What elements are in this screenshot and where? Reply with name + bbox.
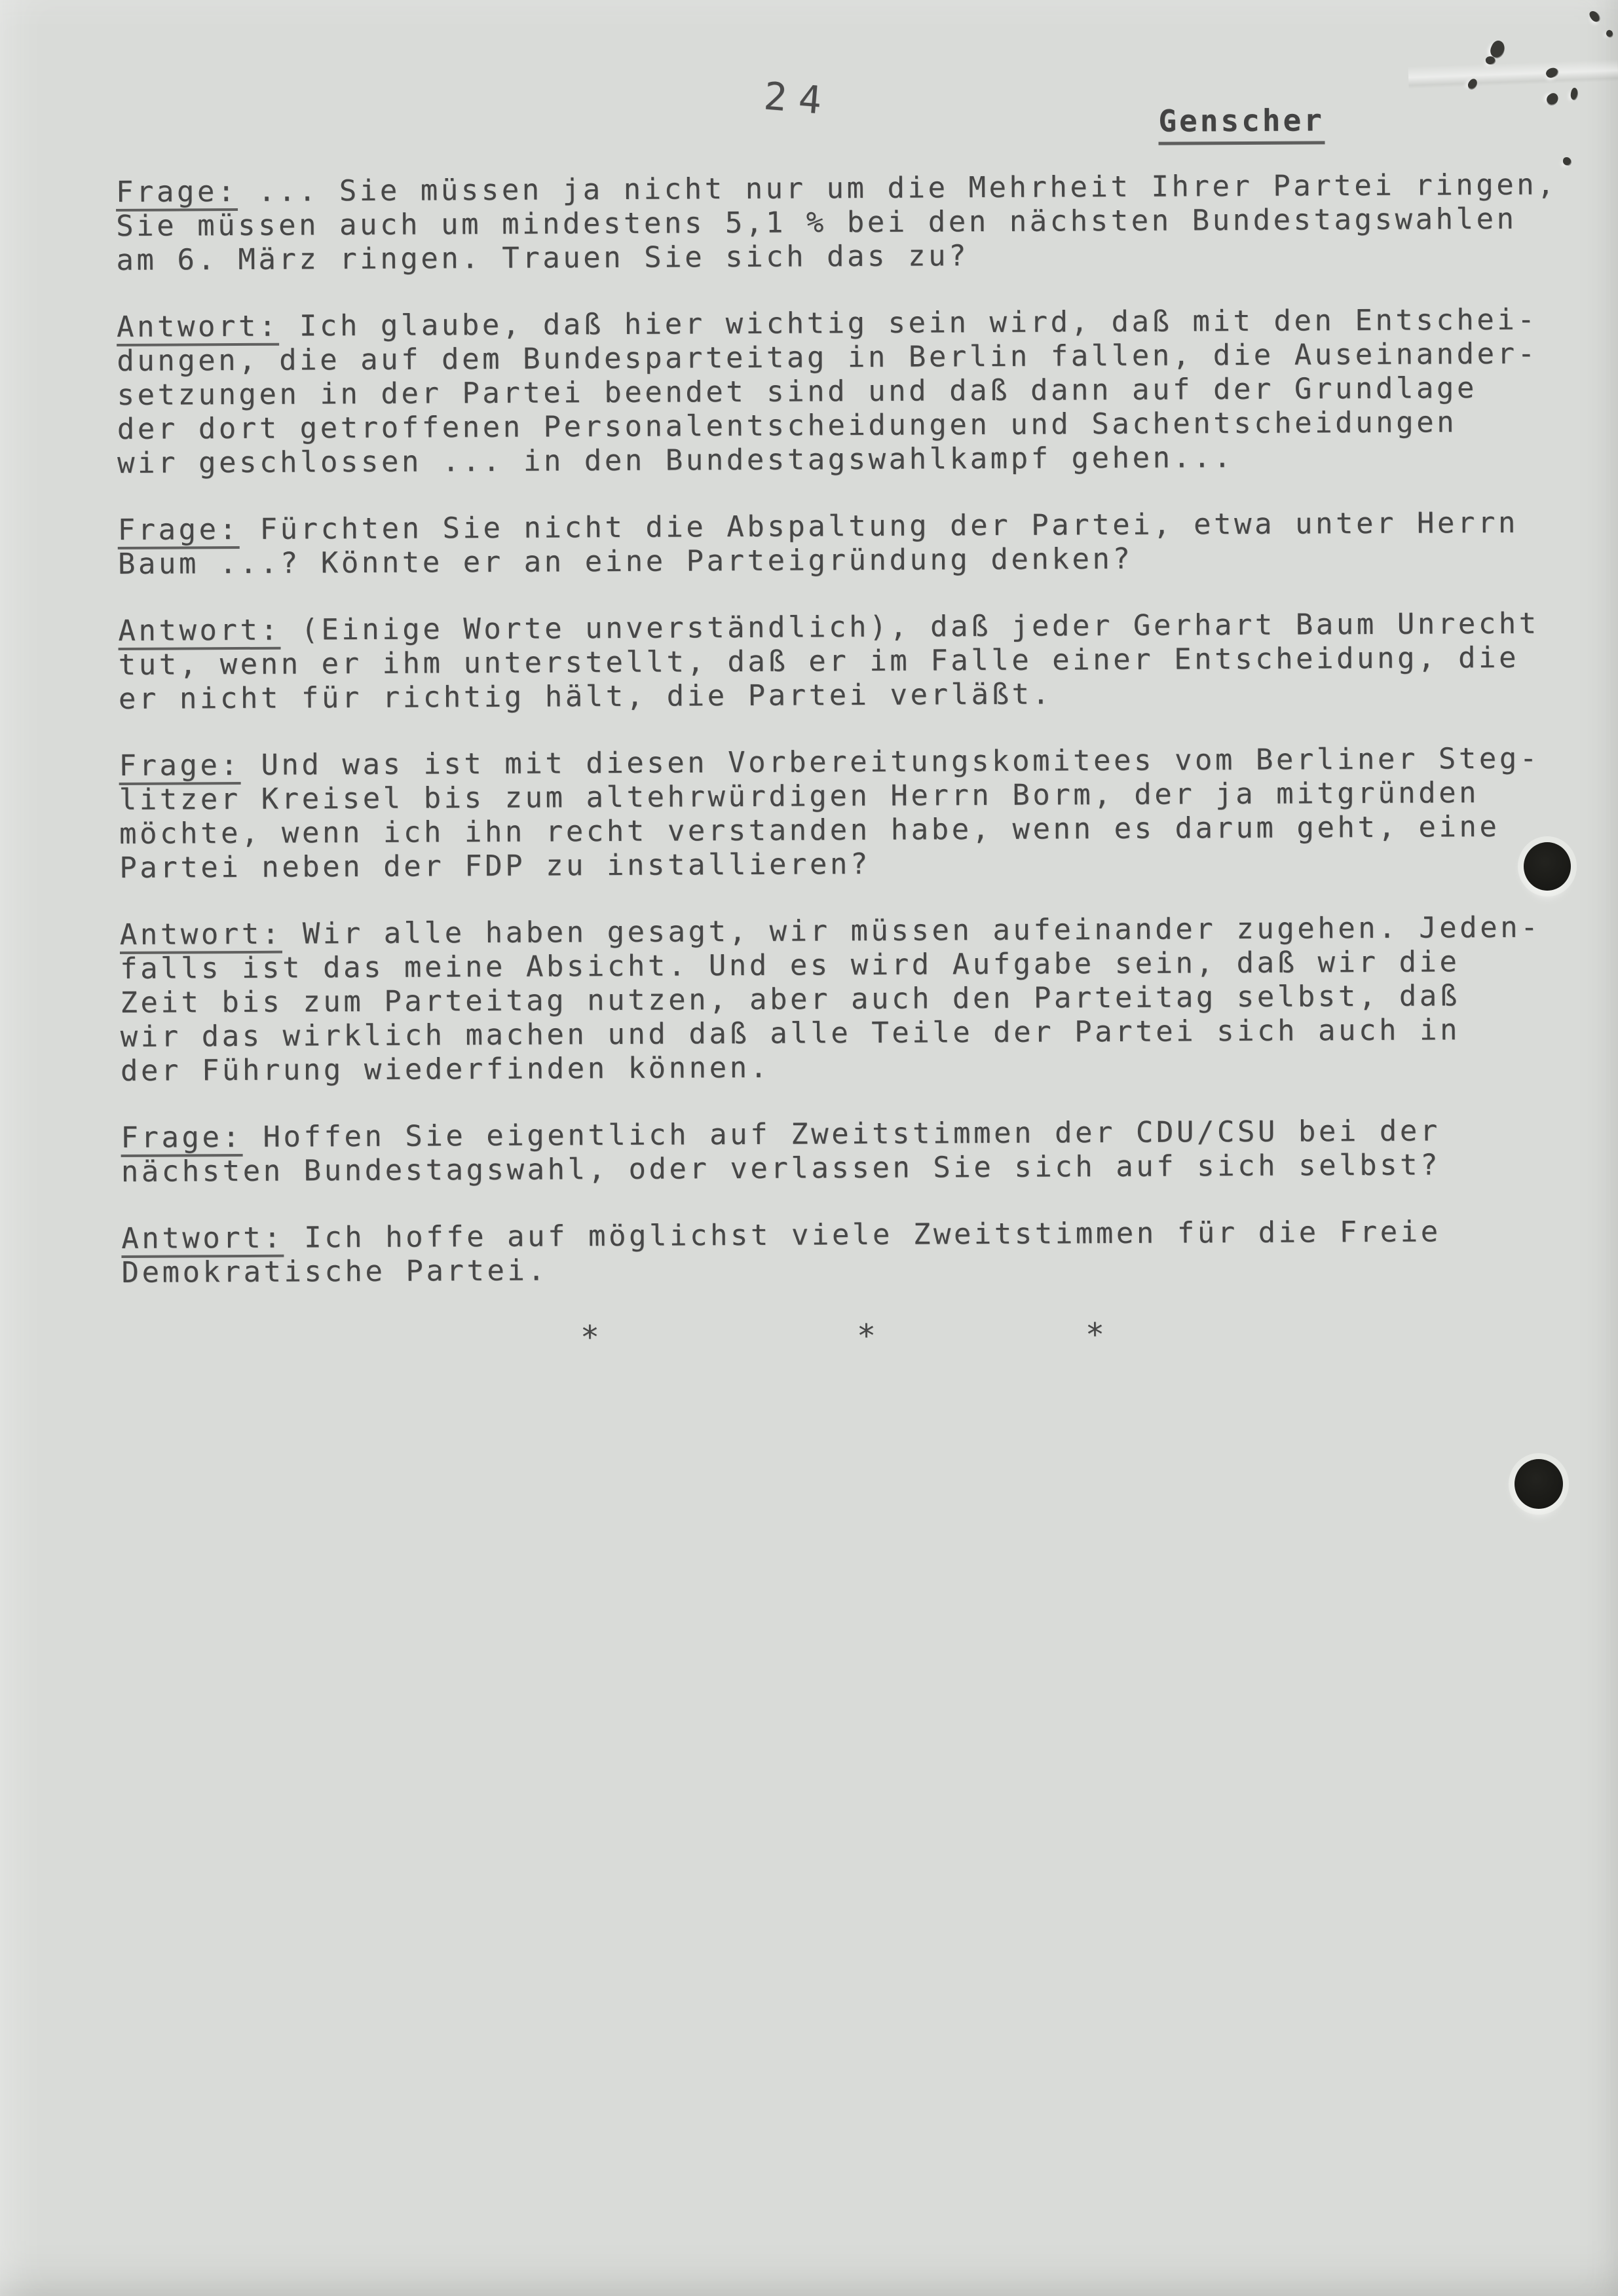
asterisk: *	[857, 1319, 879, 1353]
staple-mark	[1606, 29, 1614, 38]
qa-6-antwort: Antwort: Wir alle haben gesagt, wir müss…	[120, 910, 1588, 1088]
qa-text: Und was ist mit diesen Vorbereitungskomi…	[119, 742, 1540, 885]
qa-text: (Einige Worte unverständlich), daß jeder…	[119, 607, 1539, 716]
interview-transcript: Frage: ... Sie müssen ja nicht nur um di…	[116, 168, 1589, 1362]
staple-mark	[1570, 87, 1579, 100]
page-number: 24	[762, 73, 835, 123]
qa-text: Ich glaube, daß hier wichtig sein wird, …	[117, 303, 1538, 480]
qa-2-antwort: Antwort: Ich glaube, daß hier wichtig se…	[117, 303, 1585, 481]
page-content: 24 Genscher Frage: ... Sie müssen ja nic…	[115, 69, 1583, 77]
qa-label: Antwort:	[117, 310, 279, 346]
qa-text: Wir alle haben gesagt, wir müssen aufein…	[120, 911, 1541, 1088]
qa-text: Hoffen Sie eigentlich auf Zweitstimmen d…	[121, 1114, 1441, 1189]
qa-label: Frage:	[121, 1120, 242, 1157]
qa-8-antwort: Antwort: Ich hoffe auf möglichst viele Z…	[121, 1214, 1589, 1290]
qa-text: Fürchten Sie nicht die Abspaltung der Pa…	[118, 506, 1518, 581]
qa-text: Ich hoffe auf möglichst viele Zweitstimm…	[121, 1215, 1440, 1289]
scanned-document-page: 24 Genscher Frage: ... Sie müssen ja nic…	[0, 0, 1618, 2296]
asterisk: *	[1085, 1318, 1108, 1352]
staple-mark	[1563, 157, 1571, 165]
staple-mark	[1545, 91, 1560, 106]
qa-3-frage: Frage: Fürchten Sie nicht die Abspaltung…	[117, 506, 1585, 582]
staple-mark	[1588, 9, 1601, 24]
qa-1-frage: Frage: ... Sie müssen ja nicht nur um di…	[116, 168, 1584, 278]
hole-punch	[1524, 842, 1571, 891]
hole-punch	[1515, 1459, 1563, 1509]
qa-label: Frage:	[116, 175, 238, 212]
qa-label: Antwort:	[120, 917, 282, 954]
qa-5-frage: Frage: Und was ist mit diesen Vorbereitu…	[119, 741, 1587, 885]
qa-label: Frage:	[117, 513, 239, 549]
qa-7-frage: Frage: Hoffen Sie eigentlich auf Zweitst…	[121, 1113, 1589, 1189]
section-separator: * * *	[122, 1315, 1589, 1362]
qa-label: Antwort:	[118, 614, 280, 650]
document-title: Genscher	[1158, 102, 1325, 145]
paper-crease	[1408, 59, 1618, 88]
qa-label: Antwort:	[121, 1221, 284, 1258]
qa-label: Frage:	[119, 749, 240, 785]
qa-4-antwort: Antwort: (Einige Worte unverständlich), …	[118, 606, 1586, 716]
asterisk: *	[580, 1320, 603, 1354]
qa-text: ... Sie müssen ja nicht nur um die Mehrh…	[116, 168, 1557, 277]
